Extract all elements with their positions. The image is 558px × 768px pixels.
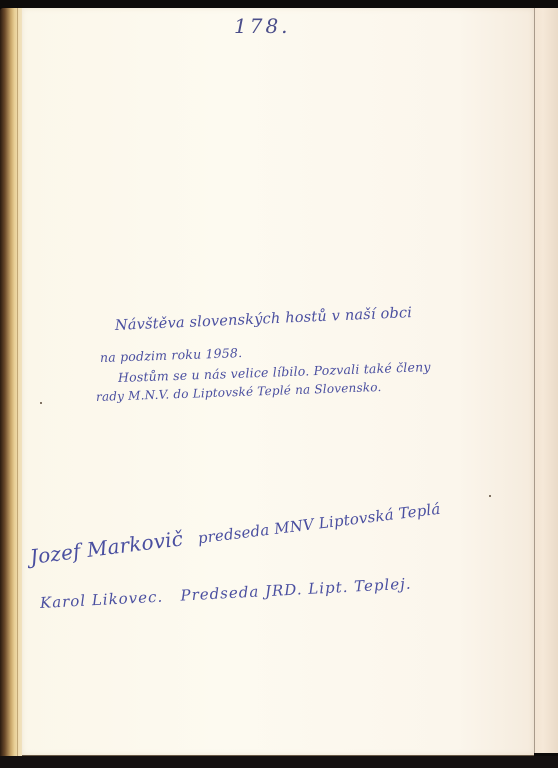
book-binding-edge xyxy=(0,8,24,760)
scan-border-bottom xyxy=(0,756,558,768)
chronicle-page xyxy=(22,8,534,757)
scanned-page: 178. Návštěva slovenských hostů v naší o… xyxy=(0,0,558,768)
paper-speck xyxy=(40,402,42,404)
page-number: 178. xyxy=(234,14,291,38)
paper-speck xyxy=(489,495,491,497)
page-edges-right xyxy=(533,8,558,753)
